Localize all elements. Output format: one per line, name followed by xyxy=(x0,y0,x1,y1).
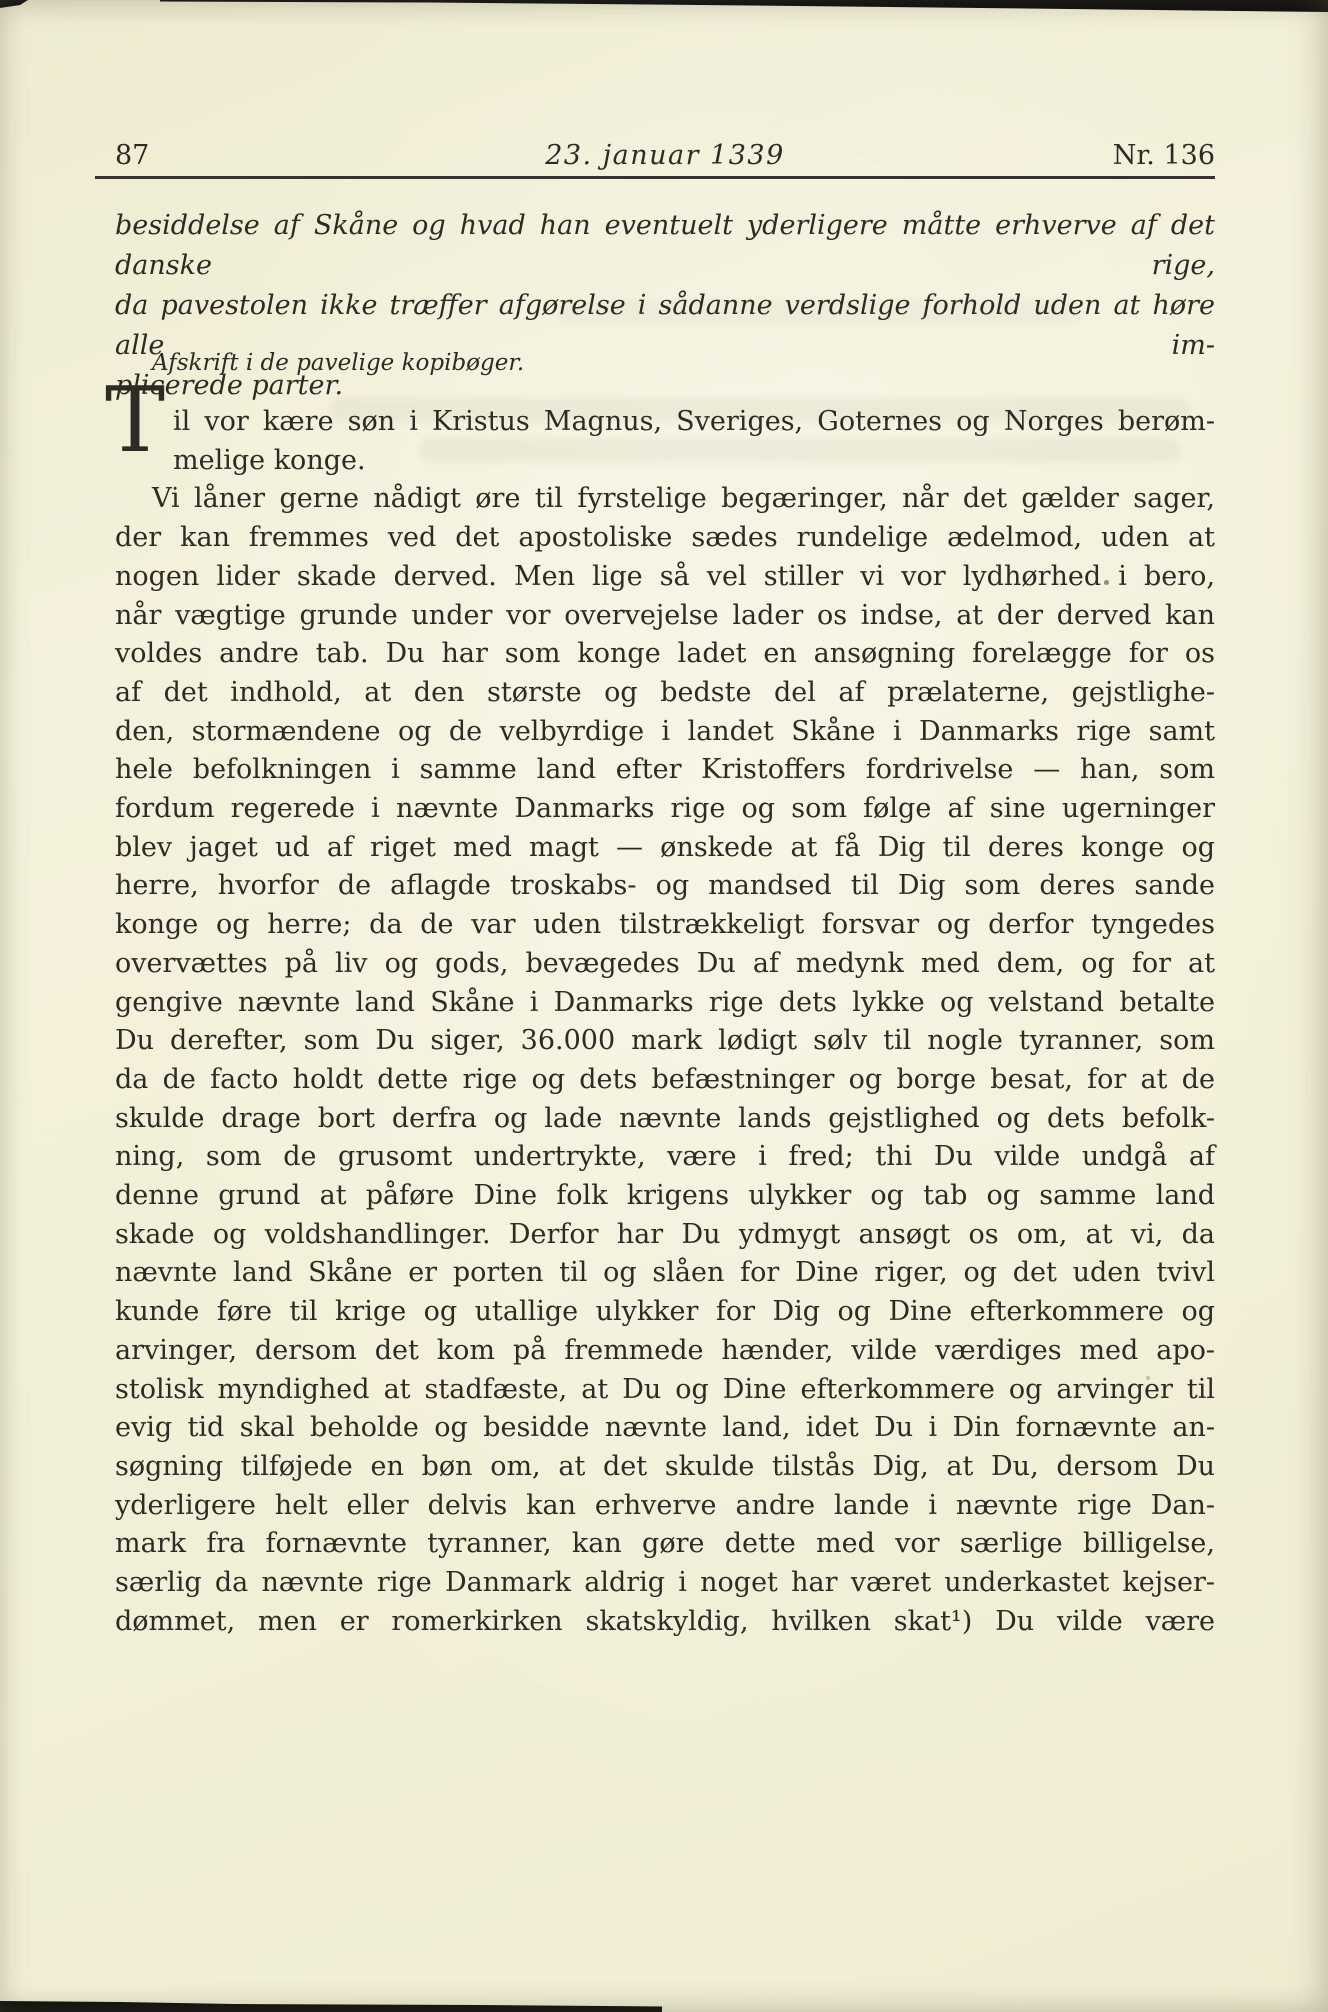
body-line: nævnte land Skåne er porten til og slåen… xyxy=(115,1254,1215,1293)
scan-edge-top-left xyxy=(0,0,28,8)
body-line: il vor kære søn i Kristus Magnus, Sverig… xyxy=(115,403,1215,442)
body-line: skade og voldshandlinger. Derfor har Du … xyxy=(115,1216,1215,1255)
body-line: af det indhold, at den største og bedste… xyxy=(115,674,1215,713)
body-line: der kan fremmes ved det apostoliske sæde… xyxy=(115,519,1215,558)
date-heading: 23. januar 1339 xyxy=(115,140,1215,171)
body-line: særlig da nævnte rige Danmark aldrig i n… xyxy=(115,1564,1215,1603)
body-line: fordum regerede i nævnte Danmarks rige o… xyxy=(115,790,1215,829)
body-line: hele befolkningen i samme land efter Kri… xyxy=(115,751,1215,790)
body-line: nogen lider skade derved. Men lige så ve… xyxy=(115,558,1215,597)
body-line: herre, hvorfor de aflagde troskabs- og m… xyxy=(115,867,1215,906)
document-number: Nr. 136 xyxy=(1113,140,1215,171)
body-line: overvættes på liv og gods, bevægedes Du … xyxy=(115,945,1215,984)
body-line: da de facto holdt dette rige og dets bef… xyxy=(115,1061,1215,1100)
body-line: dømmet, men er romerkirken skatskyldig, … xyxy=(115,1603,1215,1642)
body-line: Vi låner gerne nådigt øre til fyrstelige… xyxy=(115,480,1215,519)
body-line: yderligere helt eller delvis kan erhverv… xyxy=(115,1487,1215,1526)
body-line: kunde føre til krige og utallige ulykker… xyxy=(115,1293,1215,1332)
scan-edge-bottom xyxy=(0,1999,670,2012)
body-line: arvinger, dersom det kom på fremmede hæn… xyxy=(115,1332,1215,1371)
body-line: denne grund at påføre Dine folk krigens … xyxy=(115,1177,1215,1216)
body-line: melige konge. xyxy=(115,442,1215,481)
body-line: mark fra fornævnte tyranner, kan gøre de… xyxy=(115,1525,1215,1564)
body-line: blev jaget ud af riget med magt — ønsked… xyxy=(115,829,1215,868)
body-line: konge og herre; da de var uden tilstrækk… xyxy=(115,906,1215,945)
body-line: skulde drage bort derfra og lade nævnte … xyxy=(115,1100,1215,1139)
body-line: evig tid skal beholde og besidde nævnte … xyxy=(115,1409,1215,1448)
header-rule xyxy=(95,176,1215,179)
body-text: il vor kære søn i Kristus Magnus, Sverig… xyxy=(115,403,1215,1642)
body-line: den, stormændene og de velbyrdige i land… xyxy=(115,713,1215,752)
body-line: stolisk myndighed at stadfæste, at Du og… xyxy=(115,1371,1215,1410)
body-line: Du derefter, som Du siger, 36.000 mark l… xyxy=(115,1022,1215,1061)
body-line: voldes andre tab. Du har som konge ladet… xyxy=(115,635,1215,674)
body-line: gengive nævnte land Skåne i Danmarks rig… xyxy=(115,984,1215,1023)
running-head: 87 23. januar 1339 Nr. 136 xyxy=(115,140,1215,174)
scan-edge-top xyxy=(0,0,1328,14)
body-line: ning, som de grusomt undertrykte, være i… xyxy=(115,1138,1215,1177)
summary-paragraph: besiddelse af Skåne og hvad han eventuel… xyxy=(115,206,1215,406)
body-line: når vægtige grunde under vor overvejelse… xyxy=(115,597,1215,636)
summary-line: besiddelse af Skåne og hvad han eventuel… xyxy=(115,206,1215,286)
scanned-book-page: 87 23. januar 1339 Nr. 136 besiddelse af… xyxy=(0,0,1328,2012)
source-note: Afskrift i de pavelige kopibøger. xyxy=(152,350,524,376)
body-line: søgning tilføjede en bøn om, at det skul… xyxy=(115,1448,1215,1487)
